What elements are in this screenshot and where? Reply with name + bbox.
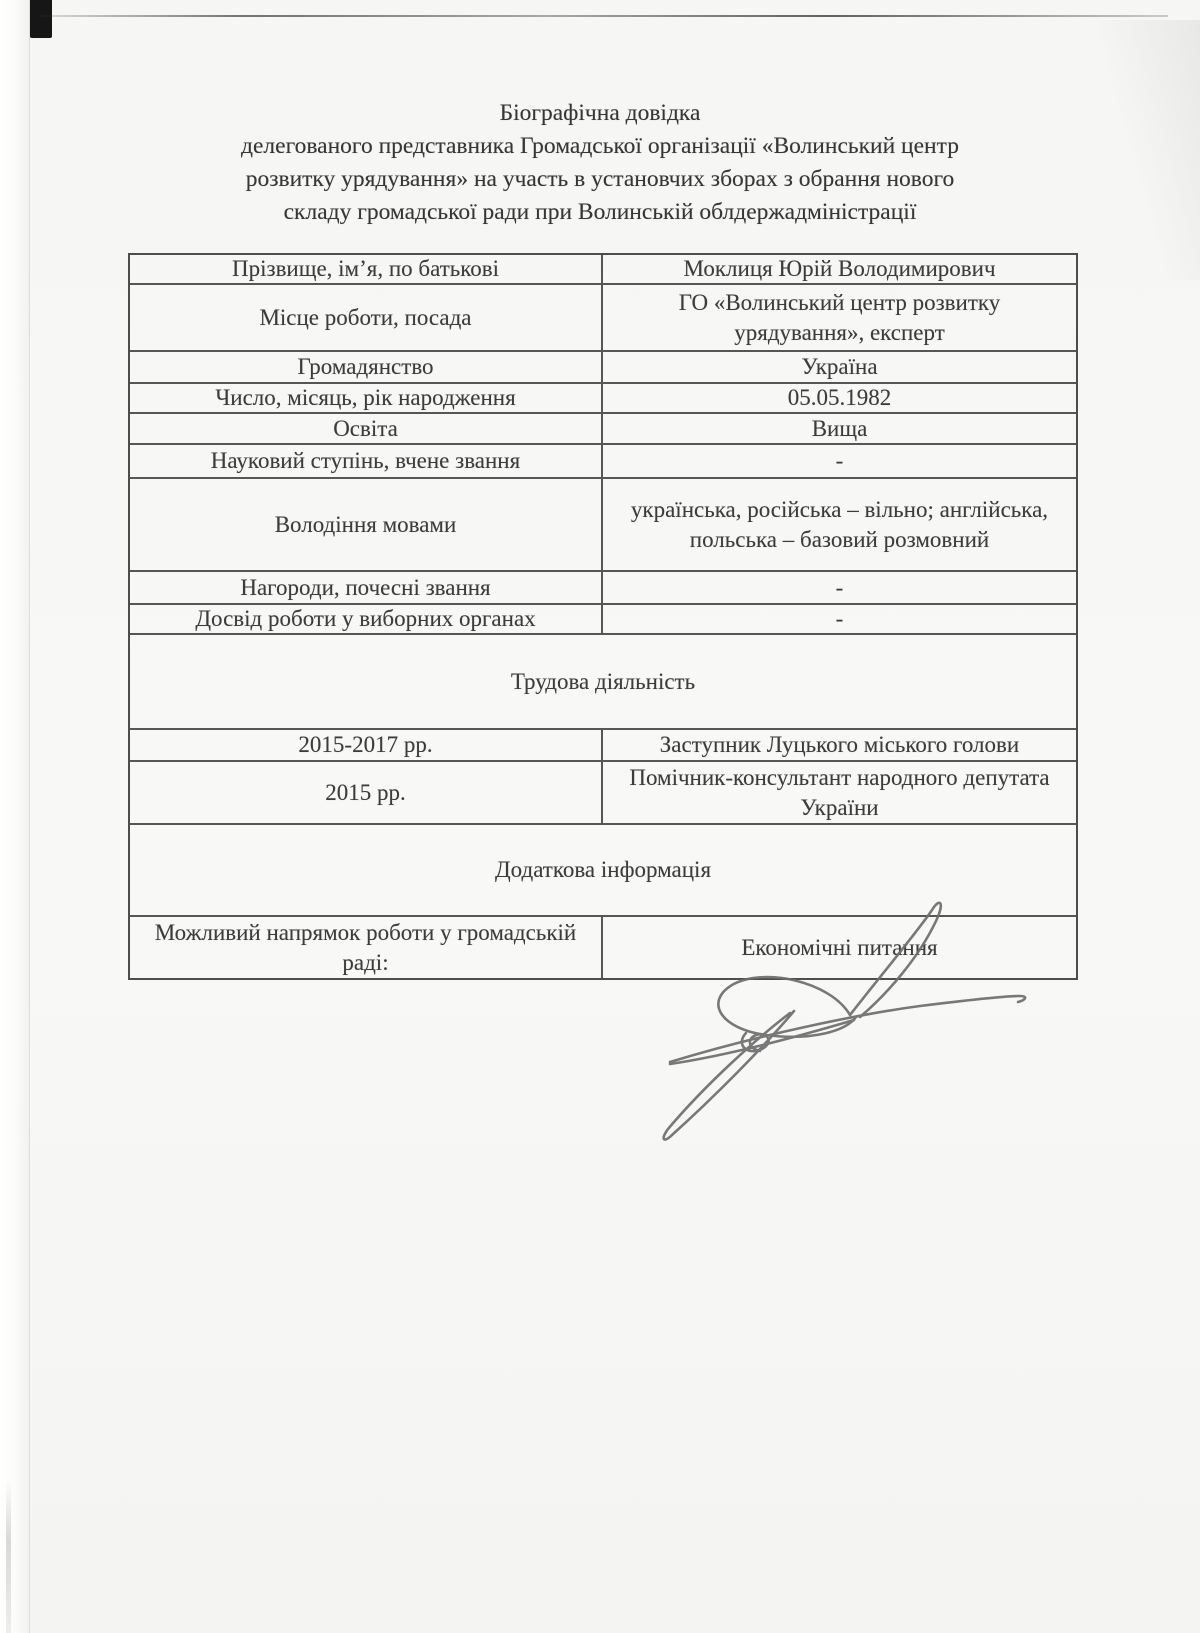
row-label: Досвід роботи у виборних органах bbox=[130, 605, 603, 633]
row-label: Нагороди, почесні звання bbox=[130, 572, 603, 603]
document-title: Біографічна довідка делегованого предста… bbox=[0, 97, 1200, 229]
row-value: Заступник Луцького міського голови bbox=[603, 730, 1076, 760]
title-line-4: складу громадської ради при Волинській о… bbox=[0, 196, 1200, 229]
table-row: Науковий ступінь, вчене звання - bbox=[130, 443, 1076, 477]
table-row: Місце роботи, посада ГО «Волинський цент… bbox=[130, 283, 1076, 350]
table-row: Досвід роботи у виборних органах - bbox=[130, 603, 1076, 633]
row-label: Громадянство bbox=[130, 352, 603, 382]
row-value: Україна bbox=[603, 352, 1076, 382]
scan-edge-left bbox=[0, 0, 30, 1633]
scan-smudge-bottomleft bbox=[6, 1480, 11, 1633]
row-value: - bbox=[603, 605, 1076, 633]
row-value: Моклиця Юрій Володимирович bbox=[603, 255, 1076, 283]
row-value: Помічник-консультант народного депутата … bbox=[603, 762, 1076, 823]
row-label: 2015-2017 рр. bbox=[130, 730, 603, 760]
row-label: Науковий ступінь, вчене звання bbox=[130, 445, 603, 477]
title-line-2: делегованого представника Громадської ор… bbox=[0, 130, 1200, 163]
table-row: Прізвище, ім’я, по батькові Моклиця Юрій… bbox=[130, 255, 1076, 283]
table-row: Число, місяць, рік народження 05.05.1982 bbox=[130, 382, 1076, 412]
title-line-1: Біографічна довідка bbox=[0, 97, 1200, 130]
table-row: Громадянство Україна bbox=[130, 350, 1076, 382]
row-value: Вища bbox=[603, 414, 1076, 443]
table-row: Освіта Вища bbox=[130, 412, 1076, 443]
row-label: Володіння мовами bbox=[130, 479, 603, 570]
title-line-3: розвитку урядування» на участь в установ… bbox=[0, 163, 1200, 196]
row-label: Можливий напрямок роботи у громадській р… bbox=[130, 917, 603, 978]
scan-top-line bbox=[40, 15, 1168, 17]
row-value: - bbox=[603, 445, 1076, 477]
row-label: Число, місяць, рік народження bbox=[130, 384, 603, 412]
biography-table: Прізвище, ім’я, по батькові Моклиця Юрій… bbox=[128, 253, 1078, 980]
row-value: - bbox=[603, 572, 1076, 603]
scan-corner-mark bbox=[30, 0, 52, 38]
table-row: Володіння мовами українська, російська –… bbox=[130, 477, 1076, 570]
section-header-work: Трудова діяльність bbox=[130, 633, 1076, 728]
table-row: 2015-2017 рр. Заступник Луцького міськог… bbox=[130, 728, 1076, 760]
table-row: 2015 рр. Помічник-консультант народного … bbox=[130, 760, 1076, 823]
row-label: Прізвище, ім’я, по батькові bbox=[130, 255, 603, 283]
row-value: ГО «Волинський центр розвитку урядування… bbox=[603, 285, 1076, 350]
table-row: Нагороди, почесні звання - bbox=[130, 570, 1076, 603]
row-value: 05.05.1982 bbox=[603, 384, 1076, 412]
row-label: Місце роботи, посада bbox=[130, 285, 603, 350]
row-label: Освіта bbox=[130, 414, 603, 443]
row-label: 2015 рр. bbox=[130, 762, 603, 823]
row-value: українська, російська – вільно; англійсь… bbox=[603, 479, 1076, 570]
signature-scribble bbox=[598, 883, 1058, 1163]
